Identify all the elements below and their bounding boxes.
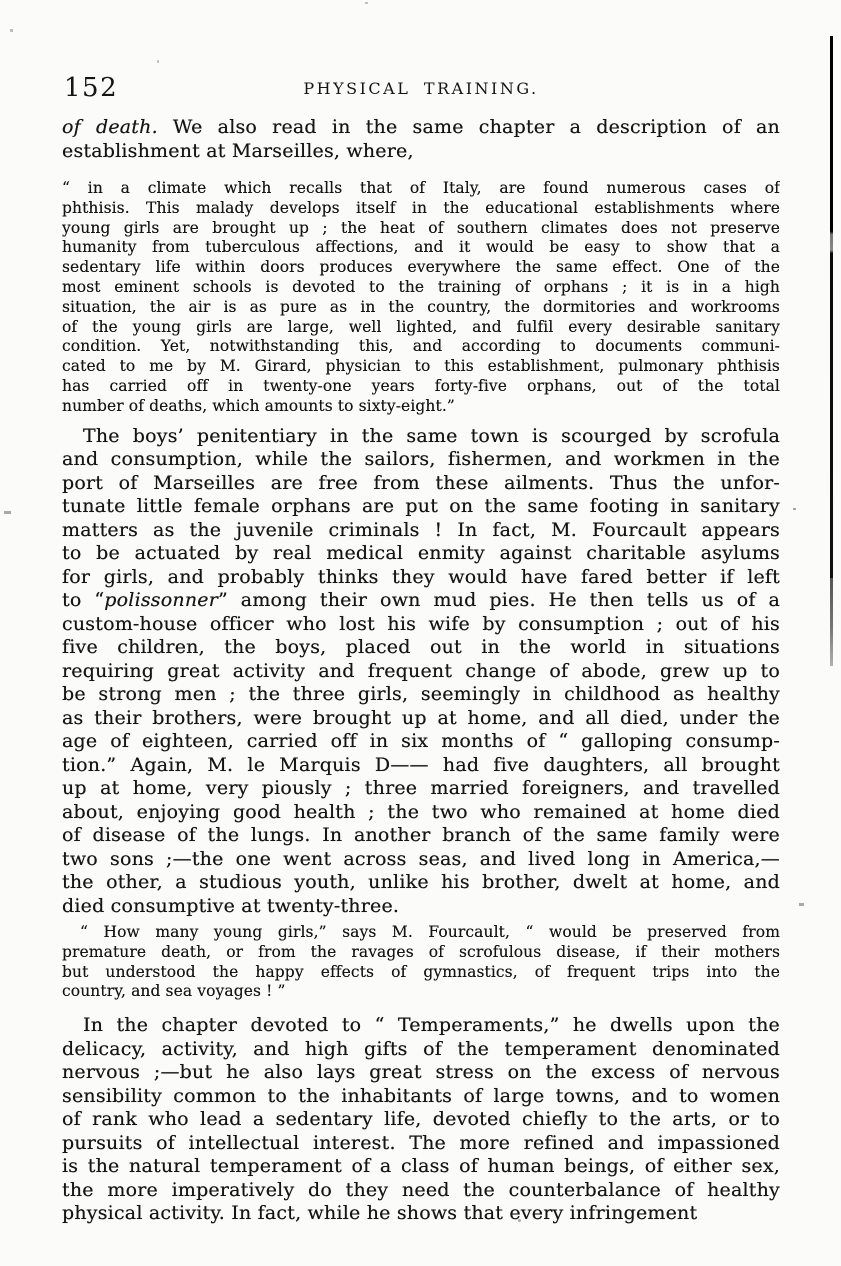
scan-speck <box>365 2 368 4</box>
text-line: about, enjoying good health ; the two wh… <box>62 801 780 825</box>
text-line: sedentary life within doors produces eve… <box>62 258 780 278</box>
text-line: delicacy, activity, and high gifts of th… <box>62 1038 780 1062</box>
text-line: nervous ;—but he also lays great stress … <box>62 1061 780 1085</box>
text-line: The boys’ penitentiary in the same town … <box>62 425 780 449</box>
text-line: died consumptive at twenty-three. <box>62 895 780 919</box>
text-line: “ in a climate which recalls that of Ita… <box>62 179 780 199</box>
text-line: but understood the happy effects of gymn… <box>62 963 780 983</box>
paragraph-boys-penitentiary: The boys’ penitentiary in the same town … <box>62 425 780 919</box>
text-line: and consumption, while the sailors, fish… <box>62 448 780 472</box>
book-page: 152 PHYSICAL TRAINING. of death. We also… <box>0 0 841 1266</box>
text-line: condition. Yet, notwithstanding this, an… <box>62 337 780 357</box>
text-line: requiring great activity and frequent ch… <box>62 660 780 684</box>
text-line: sensibility common to the inhabitants of… <box>62 1085 780 1109</box>
scan-speck <box>10 29 13 32</box>
text-line: two sons ;—the one went across seas, and… <box>62 848 780 872</box>
text-line: has carried off in twenty-one years fort… <box>62 377 780 397</box>
page-content: 152 PHYSICAL TRAINING. of death. We also… <box>62 74 780 1226</box>
text-line: tion.” Again, M. le Marquis D—— had five… <box>62 754 780 778</box>
block-quote-fourcault-gymnastics: “ How many young girls,” says M. Fourcau… <box>62 923 780 1002</box>
scan-speck <box>4 511 11 514</box>
text-line: situation, the air is as pure as in the … <box>62 298 780 318</box>
text-line: of the young girls are large, well light… <box>62 318 780 338</box>
text-line: most eminent schools is devoted to the t… <box>62 278 780 298</box>
text-line: is the natural temperament of a class of… <box>62 1155 780 1179</box>
text-line: phthisis. This malady develops itself in… <box>62 199 780 219</box>
text-line: of death. We also read in the same chapt… <box>62 116 780 140</box>
text-line: number of deaths, which amounts to sixty… <box>62 397 780 417</box>
text-line: physical activity. In fact, while he sho… <box>62 1202 780 1226</box>
text-line: young girls are brought up ; the heat of… <box>62 219 780 239</box>
text-line: port of Marseilles are free from these a… <box>62 472 780 496</box>
text-line: up at home, very piously ; three married… <box>62 777 780 801</box>
text-line: of rank who lead a sedentary life, devot… <box>62 1108 780 1132</box>
text-line: cated to me by M. Girard, physician to t… <box>62 357 780 377</box>
text-line: age of eighteen, carried off in six mont… <box>62 730 780 754</box>
text-line: the other, a studious youth, unlike his … <box>62 871 780 895</box>
text-line: to be actuated by real medical enmity ag… <box>62 542 780 566</box>
text-line: country, and sea voyages ! ” <box>62 982 780 1002</box>
text-line: pursuits of intellectual interest. The m… <box>62 1132 780 1156</box>
text-line: be strong men ; the three girls, seeming… <box>62 683 780 707</box>
scan-edge-artifact <box>830 36 833 666</box>
text-line: premature death, or from the ravages of … <box>62 943 780 963</box>
text-line: the more imperatively do they need the c… <box>62 1179 780 1203</box>
running-title: PHYSICAL TRAINING. <box>62 79 780 98</box>
scan-speck <box>793 508 796 510</box>
text-line: humanity from tuberculous affections, an… <box>62 238 780 258</box>
scan-speck <box>157 60 159 63</box>
text-line: establishment at Marseilles, where, <box>62 140 780 164</box>
text-line: “ How many young girls,” says M. Fourcau… <box>62 923 780 943</box>
page-header: 152 PHYSICAL TRAINING. <box>62 74 780 104</box>
text-line: as their brothers, were brought up at ho… <box>62 707 780 731</box>
text-line: for girls, and probably thinks they woul… <box>62 566 780 590</box>
paragraph-temperaments: In the chapter devoted to “ Temperaments… <box>62 1014 780 1226</box>
text-line: of disease of the lungs. In another bran… <box>62 824 780 848</box>
block-quote-marseilles-climate: “ in a climate which recalls that of Ita… <box>62 179 780 417</box>
text-line: to “polissonner” among their own mud pie… <box>62 589 780 613</box>
text-line: tunate little female orphans are put on … <box>62 495 780 519</box>
text-line: In the chapter devoted to “ Temperaments… <box>62 1014 780 1038</box>
text-line: custom-house officer who lost his wife b… <box>62 613 780 637</box>
paragraph-of-death: of death. We also read in the same chapt… <box>62 116 780 163</box>
text-line: matters as the juvenile criminals ! In f… <box>62 519 780 543</box>
scan-speck <box>799 903 804 906</box>
text-line: five children, the boys, placed out in t… <box>62 636 780 660</box>
